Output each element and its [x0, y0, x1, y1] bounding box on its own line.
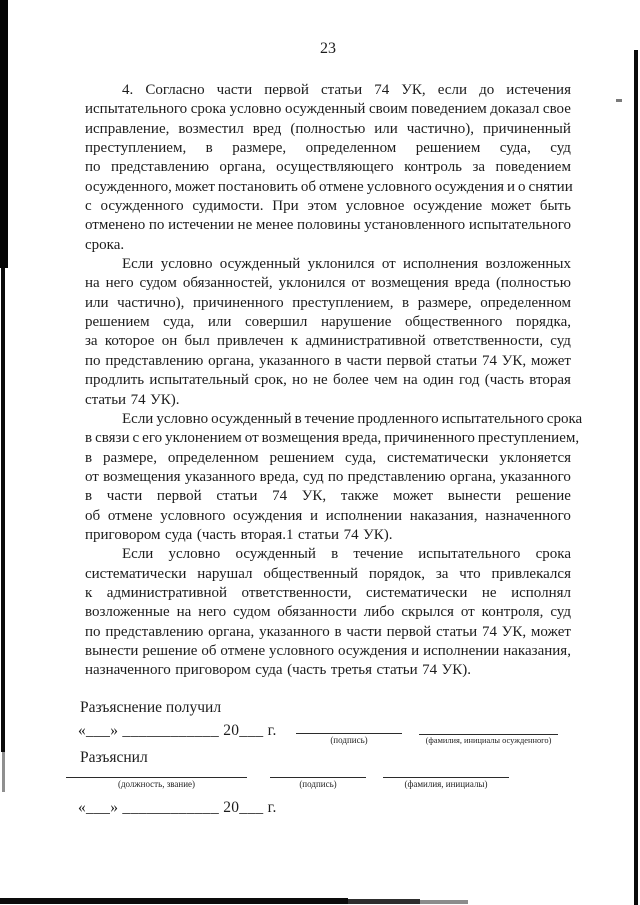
paragraph-line: статьи74УК). — [85, 391, 571, 410]
paragraph-line: кадминистративнойответственности,система… — [85, 584, 571, 603]
paragraph-line: назначенногоприговоромсуда(частьтретьяст… — [85, 661, 571, 680]
page-number: 23 — [85, 40, 571, 58]
paragraph-line: систематическинарушалобщественныйпорядок… — [85, 565, 571, 584]
paragraph-line: возложенныенанегосудомобязанностилибоскр… — [85, 603, 571, 622]
date-blank-received: «___» ____________ 20___ г. — [78, 722, 277, 739]
document-paragraphs: 4.Согласночастипервойстатьи74УК,еслидоис… — [85, 81, 571, 681]
scan-artifact-left-bar-faint — [2, 752, 5, 792]
paragraph-line: отмененопоистечениинеменееполовиныустано… — [85, 216, 571, 235]
received-label: Разъяснение получил — [80, 699, 221, 716]
paragraph-line: вчастипервойстатьи74УК,такжеможетвынести… — [85, 487, 571, 506]
scan-artifact-left-bar-thin — [1, 268, 5, 752]
paragraph-line: приговоромсуда(частьвторая.1статьи74УК). — [85, 526, 571, 545]
date-blank-explained: «___» ____________ 20___ г. — [78, 799, 277, 816]
paragraph-line: продлитьиспытательныйсрок,нонеболеечемна… — [85, 371, 571, 390]
signature-blank-official: (подпись) — [270, 777, 366, 789]
scan-artifact-right-line — [634, 50, 638, 905]
paragraph-line: испытательногосрокаусловноосужденныйсвои… — [85, 100, 571, 119]
name-blank-convict: (фамилия, инициалы осужденного) — [419, 734, 558, 745]
paragraph-line: всвязисегоуклонениемотвозмещениявреда,пр… — [85, 429, 571, 448]
paragraph-line: исправление,возместилвред(полностьюилича… — [85, 120, 571, 139]
scan-artifact-bottom-bar-faint — [420, 900, 468, 904]
paragraph: 4.Согласночастипервойстатьи74УК,еслидоис… — [85, 81, 571, 255]
paragraph: Еслиусловноосужденныйуклонилсяотисполнен… — [85, 255, 571, 410]
document-page: 23 4.Согласночастипервойстатьи74УК,еслид… — [0, 0, 640, 905]
paragraph-line: оботменеусловногоосужденияиисполнениинак… — [85, 507, 571, 526]
scan-artifact-bottom-bar-mid — [348, 899, 420, 904]
paragraph-line: закотороеонбылпривлеченкадминистративной… — [85, 332, 571, 351]
paragraph-line: Еслиусловноосужденныйуклонилсяотисполнен… — [85, 255, 571, 274]
paragraph-line: 4.Согласночастипервойстатьи74УК,еслидоис… — [85, 81, 571, 100]
paragraph-line: иличастично),причиненногопреступлением,в… — [85, 294, 571, 313]
paragraph-line: отвозмещенияуказанноговреда,судпопредста… — [85, 468, 571, 487]
paragraph-line: вразмере,определенномрешениемсуда,систем… — [85, 449, 571, 468]
explained-label: Разъяснил — [80, 749, 148, 766]
scan-artifact-left-bar-thick — [0, 0, 8, 268]
paragraph-line: сосужденногосудимости.Приэтомусловноеосу… — [85, 197, 571, 216]
paragraph-line: Еслиусловноосужденныйвтечениеиспытательн… — [85, 545, 571, 564]
paragraph: Еслиусловноосужденныйвтечениепродленного… — [85, 410, 571, 545]
paragraph-line: вынестирешениеоботменеусловногоосуждения… — [85, 642, 571, 661]
paragraph: Еслиусловноосужденныйвтечениеиспытательн… — [85, 545, 571, 680]
paragraph-line: попредставлениюоргана,указанноговчастипе… — [85, 352, 571, 371]
position-blank: (должность, звание) — [66, 777, 247, 789]
paragraph-line: срока. — [85, 236, 571, 255]
paragraph-line: попредставлениюоргана,осуществляющегокон… — [85, 158, 571, 177]
scan-artifact-dash — [616, 99, 622, 102]
name-blank-official: (фамилия, инициалы) — [383, 777, 509, 789]
signature-blank-received: (подпись) — [296, 733, 402, 745]
paragraph-line: решениемсуда,илисовершилнарушениеобществ… — [85, 313, 571, 332]
paragraph-line: Еслиусловноосужденныйвтечениепродленного… — [85, 410, 571, 429]
paragraph-line: преступлением,вразмере,определенномрешен… — [85, 139, 571, 158]
paragraph-line: нанегосудомобязанностей,уклонилсяотвозме… — [85, 274, 571, 293]
paragraph-line: осужденного,можетпостановитьоботменеусло… — [85, 178, 571, 197]
paragraph-line: попредставлениюоргана,указанноговчастипе… — [85, 623, 571, 642]
scan-artifact-bottom-bar — [0, 898, 348, 904]
